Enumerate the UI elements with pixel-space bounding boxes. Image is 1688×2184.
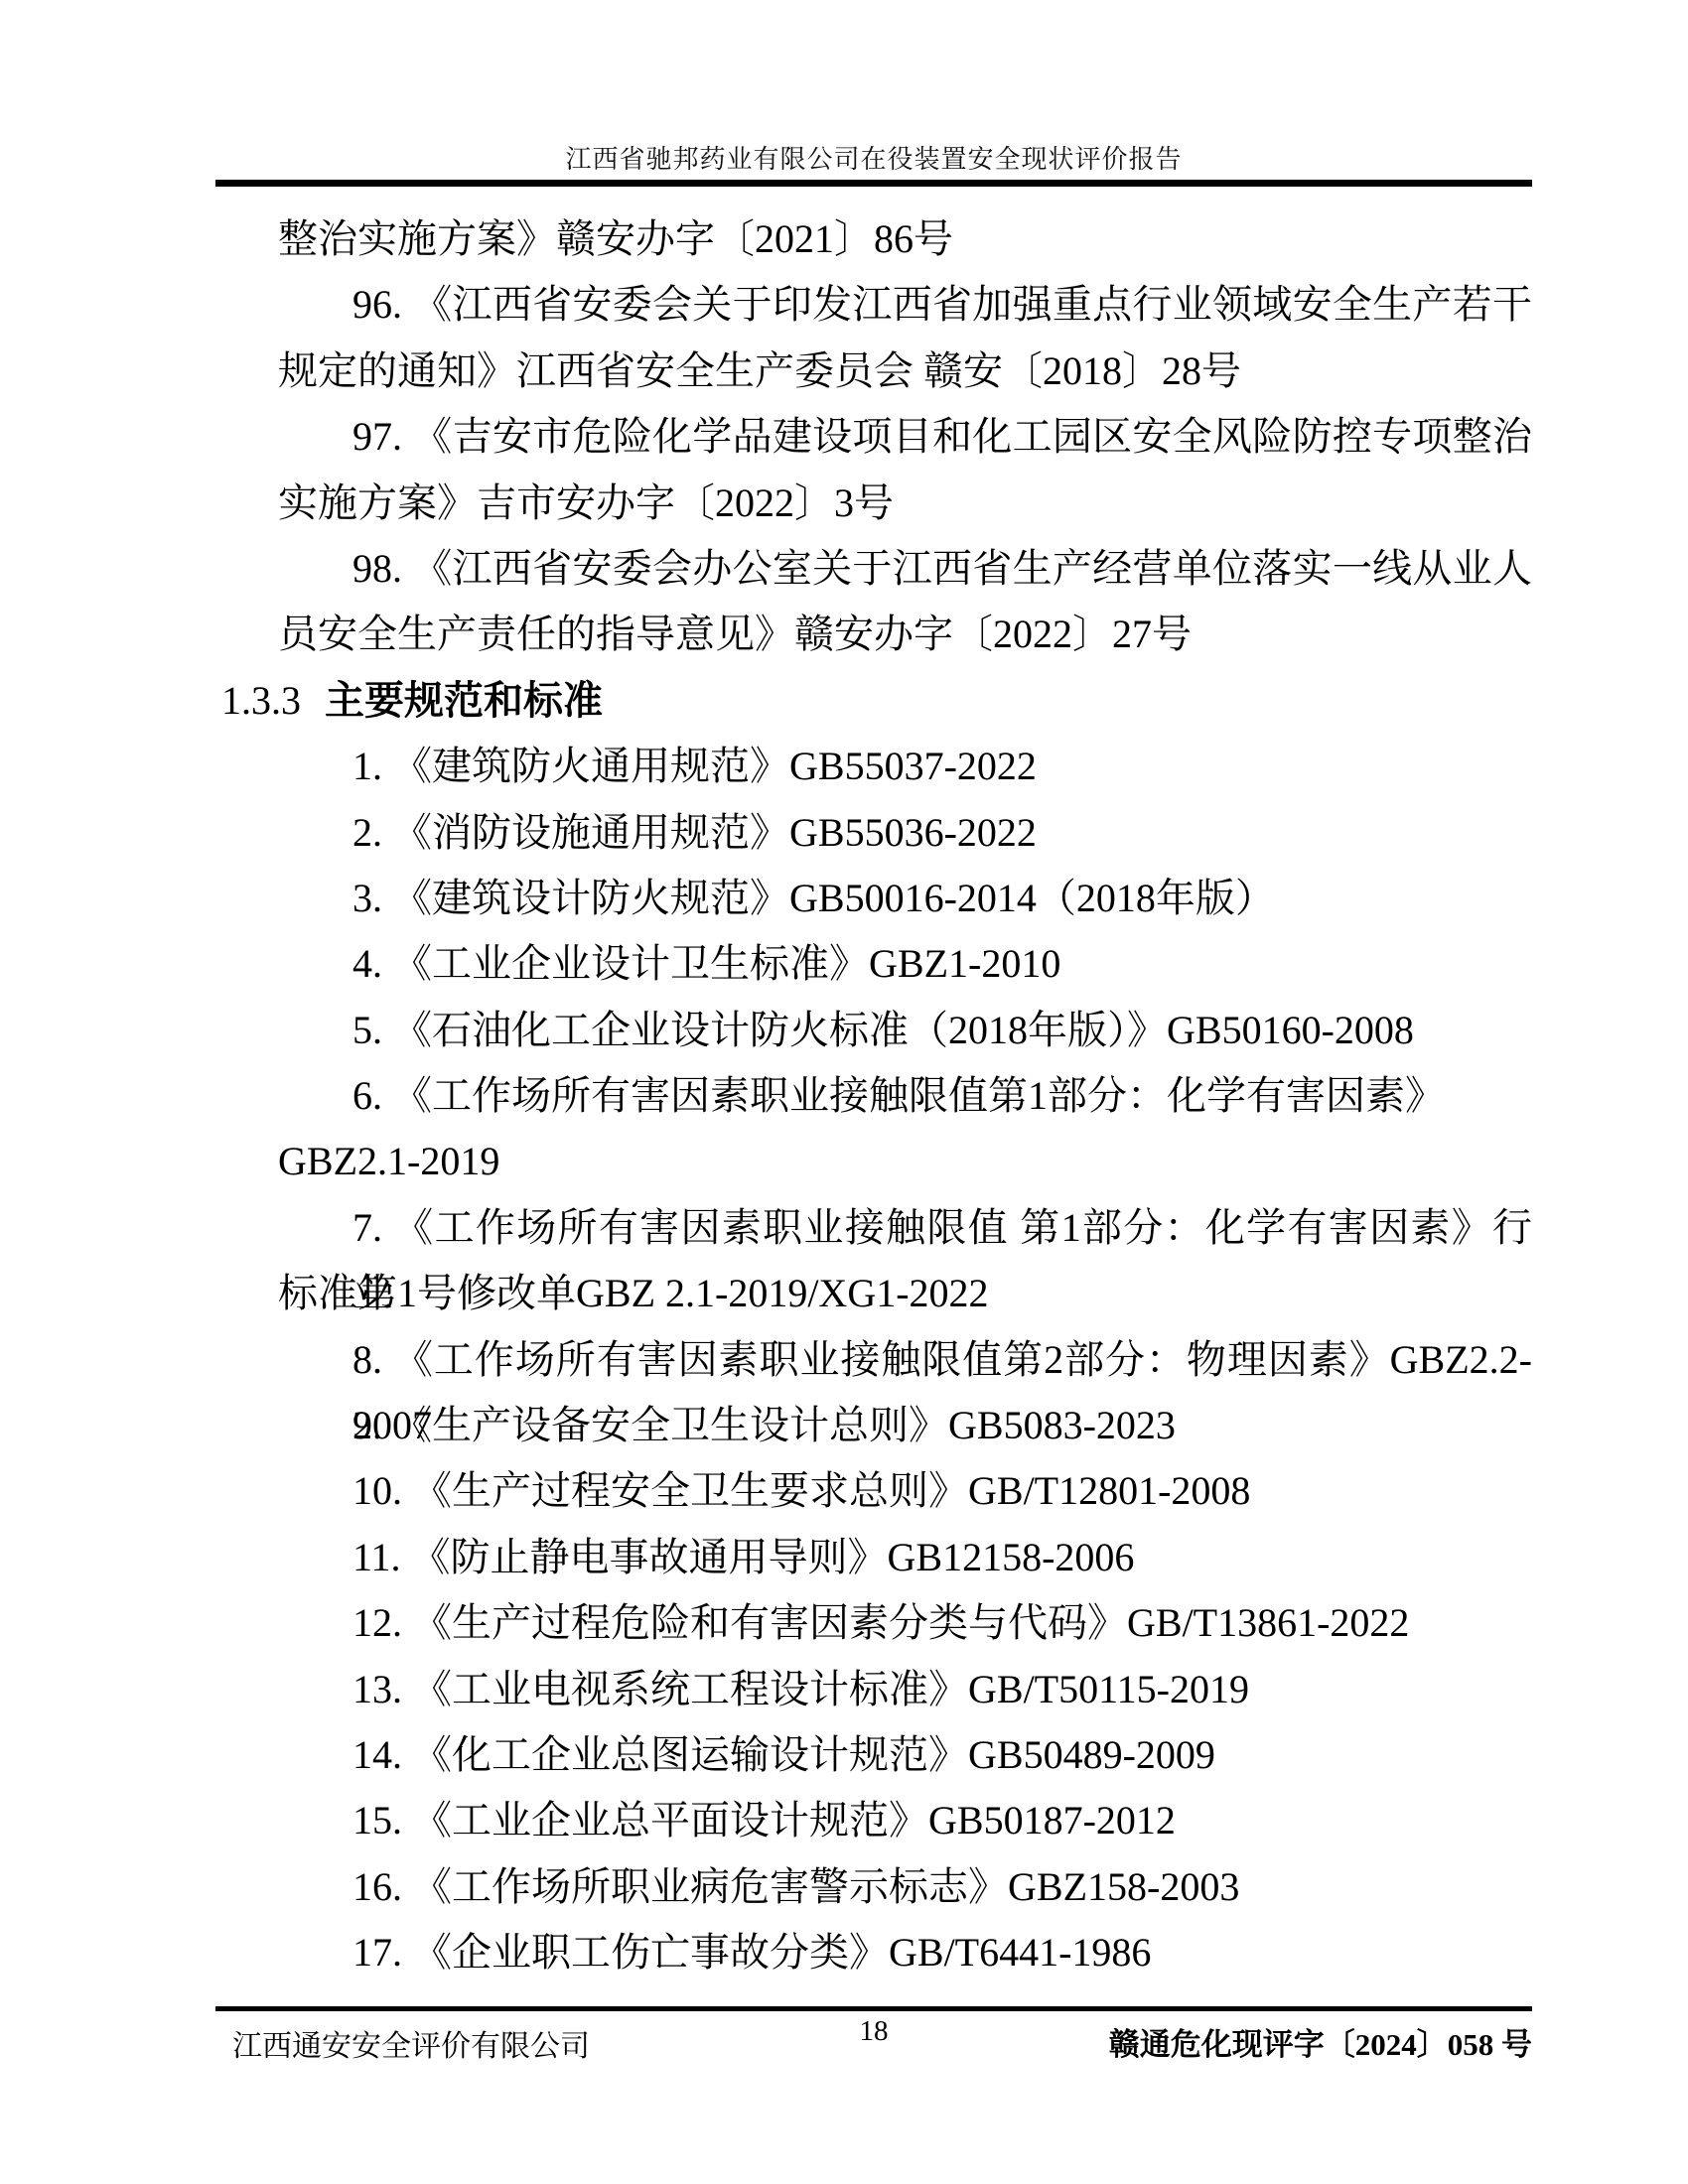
text-line: 14. 《化工企业总图运输设计规范》GB50489-2009 <box>221 1722 1532 1788</box>
text-line: 2. 《消防设施通用规范》GB55036-2022 <box>221 800 1532 866</box>
document-page: 江西省驰邦药业有限公司在役装置安全现状评价报告 整治实施方案》赣安办字〔2021… <box>0 0 1688 2184</box>
section-heading: 1.3.3主要规范和标准 <box>221 668 1532 734</box>
text-line: 12. 《生产过程危险和有害因素分类与代码》GB/T13861-2022 <box>221 1590 1532 1656</box>
text-line: 6. 《工作场所有害因素职业接触限值第1部分：化学有害因素》 <box>221 1063 1532 1129</box>
text-line: 9. 《生产设备安全卫生设计总则》GB5083-2023 <box>221 1393 1532 1458</box>
text-line: 标准第1号修改单GBZ 2.1-2019/XG1-2022 <box>221 1261 1532 1326</box>
text-line: 5. 《石油化工企业设计防火标准（2018年版）》GB50160-2008 <box>221 998 1532 1063</box>
text-line: 97. 《吉安市危险化学品建设项目和化工园区安全风险防控专项整治 <box>221 404 1532 470</box>
text-line: 8. 《工作场所有害因素职业接触限值第2部分：物理因素》GBZ2.2-2007 <box>221 1327 1532 1393</box>
text-line: 16. 《工作场所职业病危害警示标志》GBZ158-2003 <box>221 1854 1532 1920</box>
section-heading-number: 1.3.3 <box>221 678 301 723</box>
page-footer: 江西通安安全评价有限公司 18 赣通危化现评字〔2024〕058 号 <box>215 2015 1532 2059</box>
text-line: 17. 《企业职工伤亡事故分类》GB/T6441-1986 <box>221 1920 1532 1985</box>
text-line: 整治实施方案》赣安办字〔2021〕86号 <box>221 206 1532 272</box>
text-line: 15. 《工业企业总平面设计规范》GB50187-2012 <box>221 1788 1532 1853</box>
text-line: 13. 《工业电视系统工程设计标准》GB/T50115-2019 <box>221 1657 1532 1722</box>
text-line: 10. 《生产过程安全卫生要求总则》GB/T12801-2008 <box>221 1458 1532 1524</box>
text-line: 4. 《工业企业设计卫生标准》GBZ1-2010 <box>221 931 1532 997</box>
page-header-title: 江西省驰邦药业有限公司在役装置安全现状评价报告 <box>215 139 1532 176</box>
footer-document-number: 赣通危化现评字〔2024〕058 号 <box>1109 2019 1532 2064</box>
section-heading-title: 主要规范和标准 <box>325 679 603 723</box>
text-line: 1. 《建筑防火通用规范》GB55037-2022 <box>221 734 1532 799</box>
text-line: 规定的通知》江西省安全生产委员会 赣安〔2018〕28号 <box>221 339 1532 404</box>
text-line: 96. 《江西省安委会关于印发江西省加强重点行业领域安全生产若干 <box>221 272 1532 338</box>
footer-rule <box>215 2006 1532 2011</box>
text-line: 实施方案》吉市安办字〔2022〕3号 <box>221 471 1532 536</box>
header-rule <box>215 180 1532 187</box>
text-line: 7. 《工作场所有害因素职业接触限值 第1部分：化学有害因素》行业 <box>221 1195 1532 1261</box>
document-body: 整治实施方案》赣安办字〔2021〕86号96. 《江西省安委会关于印发江西省加强… <box>221 206 1532 1986</box>
text-line: GBZ2.1-2019 <box>221 1129 1532 1194</box>
text-line: 98. 《江西省安委会办公室关于江西省生产经营单位落实一线从业人 <box>221 536 1532 602</box>
text-line: 3. 《建筑设计防火规范》GB50016-2014（2018年版） <box>221 866 1532 931</box>
text-line: 11. 《防止静电事故通用导则》GB12158-2006 <box>221 1525 1532 1590</box>
text-line: 员安全生产责任的指导意见》赣安办字〔2022〕27号 <box>221 602 1532 667</box>
